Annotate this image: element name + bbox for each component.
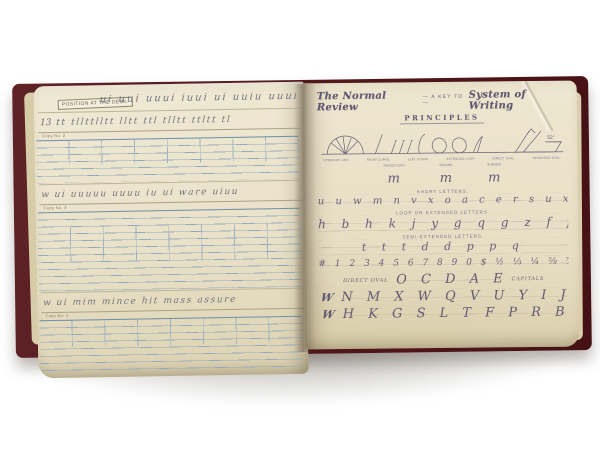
exercise-number: w bbox=[43, 298, 51, 308]
letter-specimens: h b h k j y g q g z f f bbox=[318, 214, 568, 233]
flourish-mark: W bbox=[319, 291, 334, 304]
movement-specimen-row: TRACED COPY. m SPACING. m SHADING. m bbox=[317, 162, 567, 188]
cursive-exercise-text: ui uuuuu uuuu iu ui ware uiuu bbox=[54, 186, 240, 199]
principle-label: DIRECT OVAL. bbox=[492, 156, 515, 160]
specimen-label: SPACING. bbox=[439, 163, 453, 167]
specimen-glyph: m bbox=[488, 170, 501, 185]
right-page-key-to-principles: The Normal Review — A KEY TO — System of… bbox=[303, 81, 580, 350]
specimen-glyph: m bbox=[440, 171, 453, 186]
principle-label: RIGHT CURVE. bbox=[367, 158, 391, 162]
page-header: The Normal Review — A KEY TO — System of… bbox=[317, 89, 567, 114]
capitals-label: CAPITALS bbox=[512, 275, 545, 281]
capitals-row-reversed-oval: W N M X W Q V U Y I J bbox=[319, 288, 569, 306]
blue-ruled-grid bbox=[40, 316, 303, 374]
cursive-exercise-text: tt tllttlltt lltt ttl tlltt ttltt tl bbox=[56, 114, 232, 127]
principle-label: REVERSED OVAL. bbox=[533, 156, 562, 160]
photo-open-penmanship-book: POSITION AT THE DESK. ui uui uuui iuui u… bbox=[0, 0, 600, 450]
left-page-ruled-copybook: POSITION AT THE DESK. ui uui uuui iuui u… bbox=[33, 82, 308, 379]
slant-angle-label: 52° bbox=[547, 135, 555, 141]
cursive-exercise-band: w ui mim mince hit mass assure bbox=[41, 288, 303, 314]
principle-label: EXTENDED LOOP. bbox=[447, 157, 476, 161]
header-right-title: System of Writing bbox=[469, 89, 567, 112]
capital-letters: H K G S L T F P R B bbox=[343, 305, 566, 322]
copy-caption: Copy No. 4 bbox=[45, 313, 68, 318]
capital-letters: O C D A E bbox=[396, 271, 504, 287]
section-short-letters: SHORT LETTERS. u u w m n v x o a c e r s… bbox=[318, 188, 568, 209]
letter-specimens: u u w m n v x o a c e r s u x w n v u bbox=[318, 193, 568, 209]
specimen-label: TRACED COPY. bbox=[383, 163, 405, 167]
blue-ruled-grid bbox=[38, 208, 301, 292]
cursive-exercise-band: w ui uuuuu uuuu iu ui ware uiuu bbox=[39, 180, 301, 206]
specimen-glyph: m bbox=[388, 171, 401, 186]
principles-slant-diagram: 52° bbox=[319, 124, 565, 161]
header-key-to: — A KEY TO — bbox=[423, 94, 469, 106]
header-left-title: The Normal Review bbox=[317, 90, 423, 113]
cursive-exercise-top: ui uui uuui iuui ui uuiu uuui uu bbox=[99, 91, 296, 105]
cursive-exercise-text: ui mim mince hit mass assure bbox=[56, 294, 238, 307]
principle-label: STRAIGHT LINE. bbox=[323, 158, 349, 162]
right-page-content: The Normal Review — A KEY TO — System of… bbox=[303, 81, 580, 350]
movement-specimen: SHADING. m bbox=[487, 162, 502, 185]
principle-label: LEFT CURVE. bbox=[408, 157, 430, 161]
figure-specimens: # 1 2 3 4 5 6 7 8 9 0 $ ½ ⅓ ¼ ⅝ ⅞ ⁹⁄₁₀ bbox=[318, 256, 568, 272]
movement-specimen: SPACING. m bbox=[439, 163, 453, 186]
capitals-row-stem: W H K G S L T F P R B bbox=[319, 305, 569, 323]
column-dividers bbox=[40, 317, 302, 348]
blue-ruled-grid bbox=[36, 136, 299, 184]
section-loop-letters: LOOP OR EXTENDED LETTERS. h b h k j y g … bbox=[318, 209, 568, 233]
movement-specimen: TRACED COPY. m bbox=[383, 163, 405, 186]
principles-title: PRINCIPLES bbox=[400, 113, 483, 125]
section-figures: # 1 2 3 4 5 6 7 8 9 0 $ ½ ⅓ ¼ ⅝ ⅞ ⁹⁄₁₀ bbox=[318, 256, 568, 272]
exercise-number: 13 bbox=[40, 118, 52, 128]
letter-specimens: t t t d d p p q bbox=[318, 238, 568, 256]
column-dividers bbox=[38, 223, 301, 264]
left-page-content: POSITION AT THE DESK. ui uui uuui iuui u… bbox=[33, 82, 308, 379]
flourish-mark: W bbox=[321, 308, 336, 321]
exercise-number: w bbox=[41, 190, 49, 200]
capital-letters: N M X W Q V U Y I J bbox=[341, 288, 567, 305]
section-semi-extended-letters: SEMI-EXTENDED LETTERS. t t t d d p p q bbox=[318, 233, 568, 256]
specimen-label: SHADING. bbox=[487, 162, 502, 166]
cursive-exercise-band: 13 tt tllttlltt lltt ttl tlltt ttltt tl bbox=[38, 108, 300, 134]
direct-oval-label: DIRECT OVAL bbox=[343, 277, 388, 283]
capitals-row-direct-oval: DIRECT OVAL O C D A E CAPITALS bbox=[319, 271, 569, 289]
column-dividers bbox=[36, 137, 298, 166]
copy-caption: Copy No. 2 bbox=[42, 133, 65, 138]
copy-caption: Copy No. 3 bbox=[44, 205, 67, 210]
